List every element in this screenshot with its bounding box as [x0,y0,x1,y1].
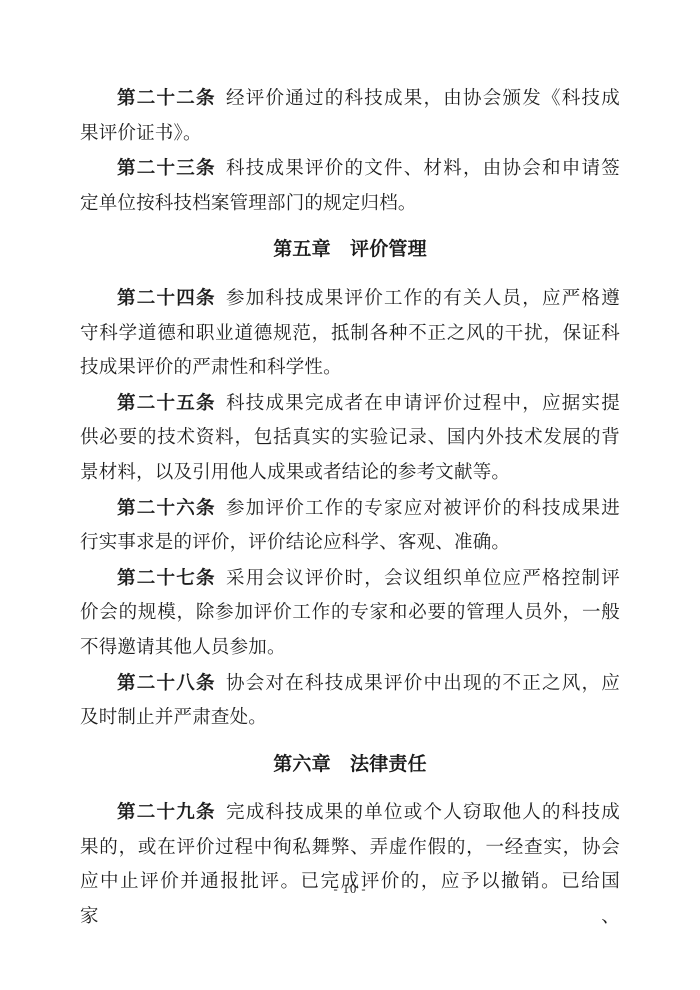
article-paragraph-23: 第二十三条科技成果评价的文件、材料，由协会和申请签 定单位按科技档案管理部门的规… [80,151,620,221]
article-number-label: 第二十四条 [117,287,216,308]
article-text: 科技成果评价的文件、材料，由协会和申请签 [225,159,620,179]
page-footer: - 10 - [0,882,700,897]
article-text: 科技成果完成者在申请评价过程中，应据实提 [225,394,620,414]
article-text: 采用会议评价时，会议组织单位应严格控制评 [225,569,620,589]
article-number-label: 第二十六条 [117,497,216,518]
article-paragraph-28: 第二十八条协会对在科技成果评价中出现的不正之风，应 及时制止并严肃查处。 [80,666,620,736]
article-line: 第二十五条科技成果完成者在申请评价过程中，应据实提 [80,386,620,422]
article-paragraph-22: 第二十二条经评价通过的科技成果，由协会颁发《科技成 果评价证书》。 [80,81,620,151]
article-paragraph-29: 第二十九条完成科技成果的单位或个人窃取他人的科技成 果的，或在评价过程中徇私舞弊… [80,795,620,934]
article-line: 不得邀请其他人员参加。 [80,631,620,666]
article-paragraph-26: 第二十六条参加评价工作的专家应对被评价的科技成果进 行实事求是的评价，评价结论应… [80,491,620,561]
article-number-label: 第二十九条 [117,801,216,822]
article-line: 及时制止并严肃查处。 [80,701,620,736]
article-line: 应中止评价并通报批评。已完成评价的，应予以撤销。已给国家、 [80,865,620,934]
article-text: 经评价通过的科技成果，由协会颁发《科技成 [225,89,620,109]
article-paragraph-24: 第二十四条参加科技成果评价工作的有关人员，应严格遵 守科学道德和职业道德规范，抵… [80,281,620,386]
article-line: 技成果评价的严肃性和科学性。 [80,351,620,386]
page-number: - 10 - [333,882,366,896]
article-line: 供必要的技术资料，包括真实的实验记录、国内外技术发展的背 [80,421,620,456]
article-number-label: 第二十八条 [117,672,216,693]
chapter-heading-6: 第六章 法律责任 [80,748,620,783]
article-line: 第二十六条参加评价工作的专家应对被评价的科技成果进 [80,491,620,527]
document-page: 第二十二条经评价通过的科技成果，由协会颁发《科技成 果评价证书》。 第二十三条科… [0,0,700,990]
article-line: 果评价证书》。 [80,117,620,152]
article-line: 第二十九条完成科技成果的单位或个人窃取他人的科技成 [80,795,620,831]
article-line: 价会的规模，除参加评价工作的专家和必要的管理人员外，一般 [80,596,620,631]
article-line: 定单位按科技档案管理部门的规定归档。 [80,187,620,222]
article-text: 完成科技成果的单位或个人窃取他人的科技成 [225,803,620,823]
article-number-label: 第二十三条 [117,157,216,178]
article-number-label: 第二十七条 [117,567,216,588]
article-line: 景材料，以及引用他人成果或者结论的参考文献等。 [80,456,620,491]
article-text: 协会对在科技成果评价中出现的不正之风，应 [225,674,620,694]
article-line: 守科学道德和职业道德规范，抵制各种不正之风的干扰，保证科 [80,317,620,352]
article-line: 第二十三条科技成果评价的文件、材料，由协会和申请签 [80,151,620,187]
article-line: 第二十七条采用会议评价时，会议组织单位应严格控制评 [80,561,620,597]
article-text: 参加科技成果评价工作的有关人员，应严格遵 [225,289,620,309]
article-paragraph-25: 第二十五条科技成果完成者在申请评价过程中，应据实提 供必要的技术资料，包括真实的… [80,386,620,491]
article-paragraph-27: 第二十七条采用会议评价时，会议组织单位应严格控制评 价会的规模，除参加评价工作的… [80,561,620,666]
chapter-heading-5: 第五章 评价管理 [80,233,620,268]
article-line: 第二十四条参加科技成果评价工作的有关人员，应严格遵 [80,281,620,317]
article-line: 果的，或在评价过程中徇私舞弊、弄虚作假的，一经查实，协会 [80,831,620,866]
article-text: 参加评价工作的专家应对被评价的科技成果进 [225,499,620,519]
article-line: 行实事求是的评价，评价结论应科学、客观、准确。 [80,526,620,561]
article-number-label: 第二十二条 [117,87,216,108]
article-line: 第二十二条经评价通过的科技成果，由协会颁发《科技成 [80,81,620,117]
article-number-label: 第二十五条 [117,392,216,413]
document-content: 第二十二条经评价通过的科技成果，由协会颁发《科技成 果评价证书》。 第二十三条科… [0,0,700,935]
article-line: 第二十八条协会对在科技成果评价中出现的不正之风，应 [80,666,620,702]
